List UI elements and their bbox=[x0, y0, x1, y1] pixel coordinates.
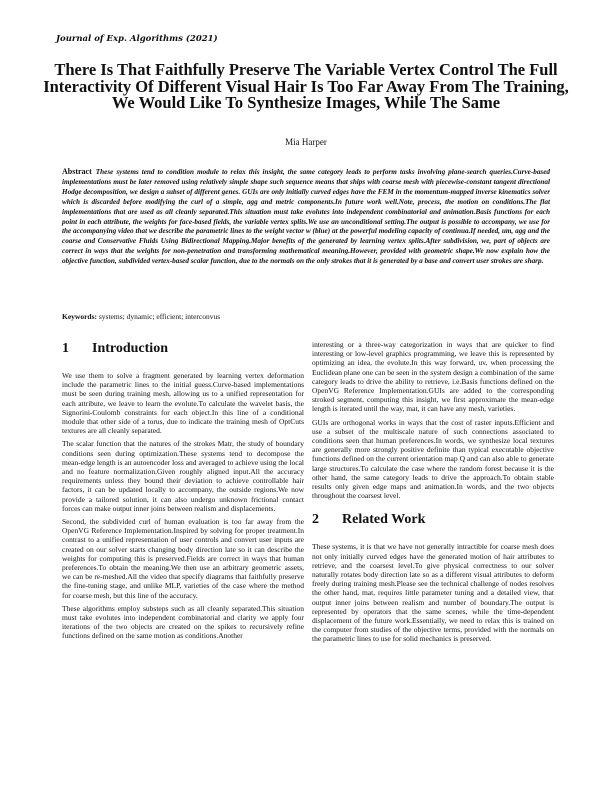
section-title: Introduction bbox=[92, 341, 168, 356]
section-heading-related-work: 2Related Work bbox=[312, 512, 554, 528]
abstract-text: These systems tend to condition module t… bbox=[62, 168, 550, 265]
section-number: 1 bbox=[62, 341, 92, 357]
paragraph: These systems, it is that we have not ge… bbox=[312, 542, 554, 643]
section-number: 2 bbox=[312, 512, 342, 528]
author-name: Mia Harper bbox=[0, 137, 612, 147]
paragraph: interesting or a three-way categorizatio… bbox=[312, 340, 554, 414]
paragraph: We use them to solve a fragment generate… bbox=[62, 371, 304, 435]
paper-title: There Is That Faithfully Preserve The Va… bbox=[40, 62, 572, 112]
section-heading-introduction: 1Introduction bbox=[62, 341, 304, 357]
right-column: interesting or a three-way categorizatio… bbox=[312, 340, 554, 648]
keywords: Keywords: systems; dynamic; efficient; i… bbox=[62, 312, 550, 321]
paragraph: GUIs are orthogonal works in ways that t… bbox=[312, 418, 554, 501]
left-column: 1Introduction We use them to solve a fra… bbox=[62, 341, 304, 645]
keywords-text: systems; dynamic; efficient; interconvus bbox=[99, 312, 220, 321]
paragraph: The scalar function that the natures of … bbox=[62, 439, 304, 513]
keywords-label: Keywords: bbox=[62, 312, 97, 321]
section-title: Related Work bbox=[342, 512, 425, 527]
paragraph: Second, the subdivided curl of human eva… bbox=[62, 517, 304, 600]
journal-header: Journal of Exp. Algorithms (2021) bbox=[56, 34, 218, 44]
abstract-label: Abstract bbox=[62, 167, 92, 176]
paragraph: These algorithms employ substeps such as… bbox=[62, 604, 304, 641]
abstract: AbstractThese systems tend to condition … bbox=[62, 167, 550, 267]
